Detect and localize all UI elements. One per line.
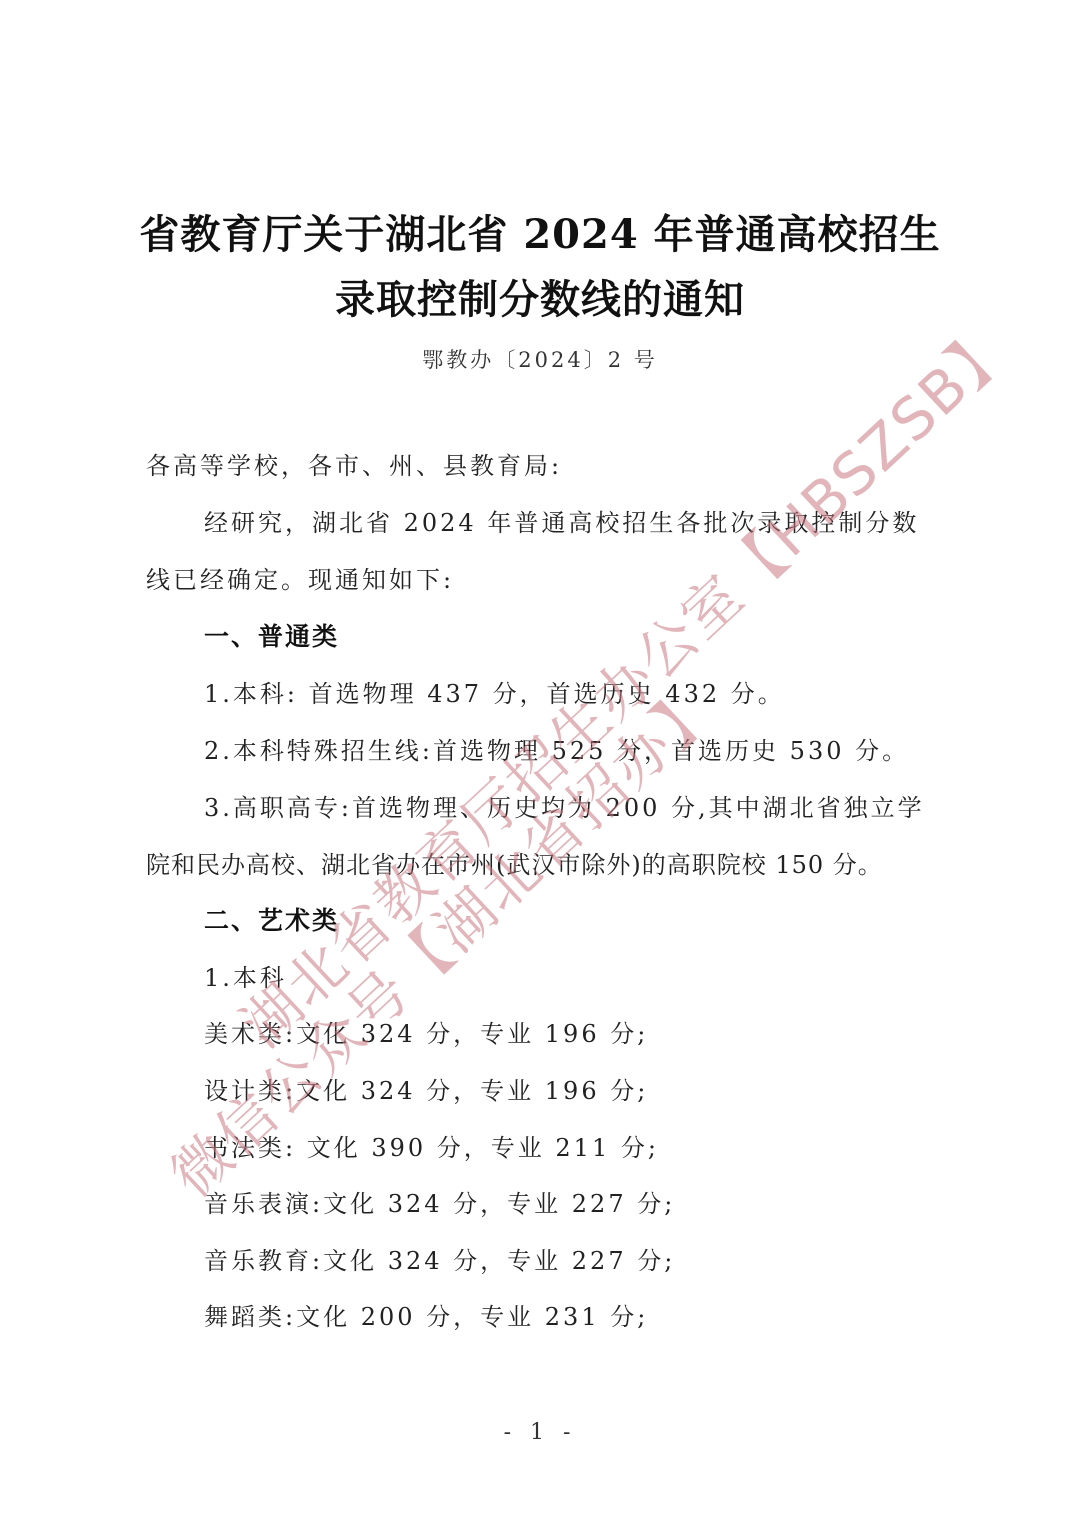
art-item-fine-arts: 美术类:文化 324 分，专业 196 分; <box>204 1018 648 1050</box>
section-heading-art: 二、艺术类 <box>204 905 339 937</box>
general-item-undergraduate: 1.本科: 首选物理 437 分，首选历史 432 分。 <box>204 678 785 710</box>
general-item-vocational-line-2: 院和民办高校、湖北省办在市州(武汉市除外)的高职院校 150 分。 <box>146 849 883 881</box>
document-number: 鄂教办〔2024〕2 号 <box>0 344 1080 374</box>
page-number: - 1 - <box>0 1420 1080 1445</box>
art-item-calligraphy: 书法类: 文化 390 分，专业 211 分; <box>204 1132 659 1164</box>
intro-paragraph-line-2: 线已经确定。现通知如下: <box>146 564 454 596</box>
general-item-special-undergraduate: 2.本科特殊招生线:首选物理 525 分，首选历史 530 分。 <box>204 735 909 767</box>
art-item-music-education: 音乐教育:文化 324 分，专业 227 分; <box>204 1245 675 1277</box>
document-title-line-2: 录取控制分数线的通知 <box>0 268 1080 325</box>
art-item-dance: 舞蹈类:文化 200 分，专业 231 分; <box>204 1301 648 1333</box>
document-title-line-1: 省教育厅关于湖北省 2024 年普通高校招生 <box>0 203 1080 260</box>
art-item-design: 设计类:文化 324 分，专业 196 分; <box>204 1075 648 1107</box>
section-heading-general: 一、普通类 <box>204 621 339 653</box>
salutation: 各高等学校，各市、州、县教育局: <box>146 450 562 482</box>
document-page: 省教育厅关于湖北省 2024 年普通高校招生 录取控制分数线的通知 鄂教办〔20… <box>0 0 1080 1527</box>
general-item-vocational-line-1: 3.高职高专:首选物理、历史均为 200 分,其中湖北省独立学 <box>204 792 925 824</box>
art-item-music-performance: 音乐表演:文化 324 分，专业 227 分; <box>204 1188 675 1220</box>
intro-paragraph-line-1: 经研究，湖北省 2024 年普通高校招生各批次录取控制分数 <box>204 507 919 539</box>
art-subheading-undergraduate: 1.本科 <box>204 962 287 994</box>
